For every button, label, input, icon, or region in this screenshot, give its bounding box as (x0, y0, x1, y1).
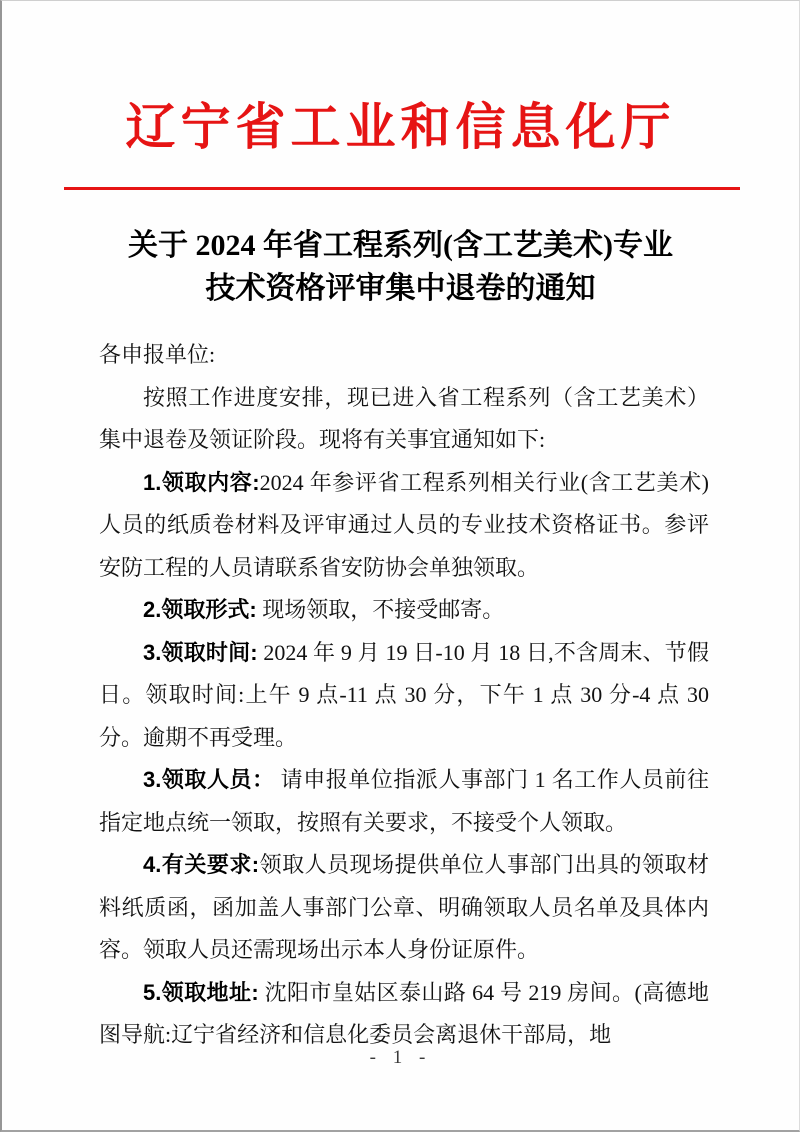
notice-item-5: 4.有关要求:领取人员现场提供单位人事部门出具的领取材料纸质函，函加盖人事部门公… (99, 844, 709, 972)
notice-item-1-label: 1.领取内容: (143, 470, 260, 495)
notice-item-3: 3.领取时间: 2024 年 9 月 19 日-10 月 18 日,不含周末、节… (99, 632, 709, 760)
document-title: 关于 2024 年省工程系列(含工艺美术)专业 技术资格评审集中退卷的通知 (2, 224, 799, 310)
intro-paragraph: 按照工作进度安排，现已进入省工程系列（含工艺美术）集中退卷及领证阶段。现将有关事… (99, 377, 709, 462)
notice-item-2: 2.领取形式: 现场领取，不接受邮寄。 (99, 589, 709, 632)
document-body: 各申报单位: 按照工作进度安排，现已进入省工程系列（含工艺美术）集中退卷及领证阶… (99, 334, 709, 1057)
document-title-line-2: 技术资格评审集中退卷的通知 (2, 267, 799, 310)
document-page: 辽宁省工业和信息化厅 关于 2024 年省工程系列(含工艺美术)专业 技术资格评… (0, 0, 800, 1132)
page-footer: - 1 - (2, 1047, 799, 1069)
page-number: - 1 - (370, 1047, 432, 1068)
notice-item-2-text: 现场领取，不接受邮寄。 (257, 597, 505, 622)
document-title-line-1: 关于 2024 年省工程系列(含工艺美术)专业 (2, 224, 799, 267)
letterhead-org-name: 辽宁省工业和信息化厅 (2, 87, 799, 159)
notice-item-4: 3.领取人员： 请申报单位指派人事部门 1 名工作人员前往指定地点统一领取，按照… (99, 759, 709, 844)
notice-item-3-label: 3.领取时间: (143, 640, 258, 665)
notice-item-6-label: 5.领取地址: (143, 980, 259, 1005)
salutation: 各申报单位: (99, 334, 709, 377)
notice-item-6: 5.领取地址: 沈阳市皇姑区泰山路 64 号 219 房间。(高德地图导航:辽宁… (99, 972, 709, 1057)
notice-item-4-label: 3.领取人员： (143, 767, 275, 792)
letterhead-divider-line (64, 187, 740, 190)
notice-item-1: 1.领取内容:2024 年参评省工程系列相关行业(含工艺美术)人员的纸质卷材料及… (99, 462, 709, 590)
notice-item-2-label: 2.领取形式: (143, 597, 257, 622)
notice-item-5-label: 4.有关要求: (143, 852, 259, 877)
